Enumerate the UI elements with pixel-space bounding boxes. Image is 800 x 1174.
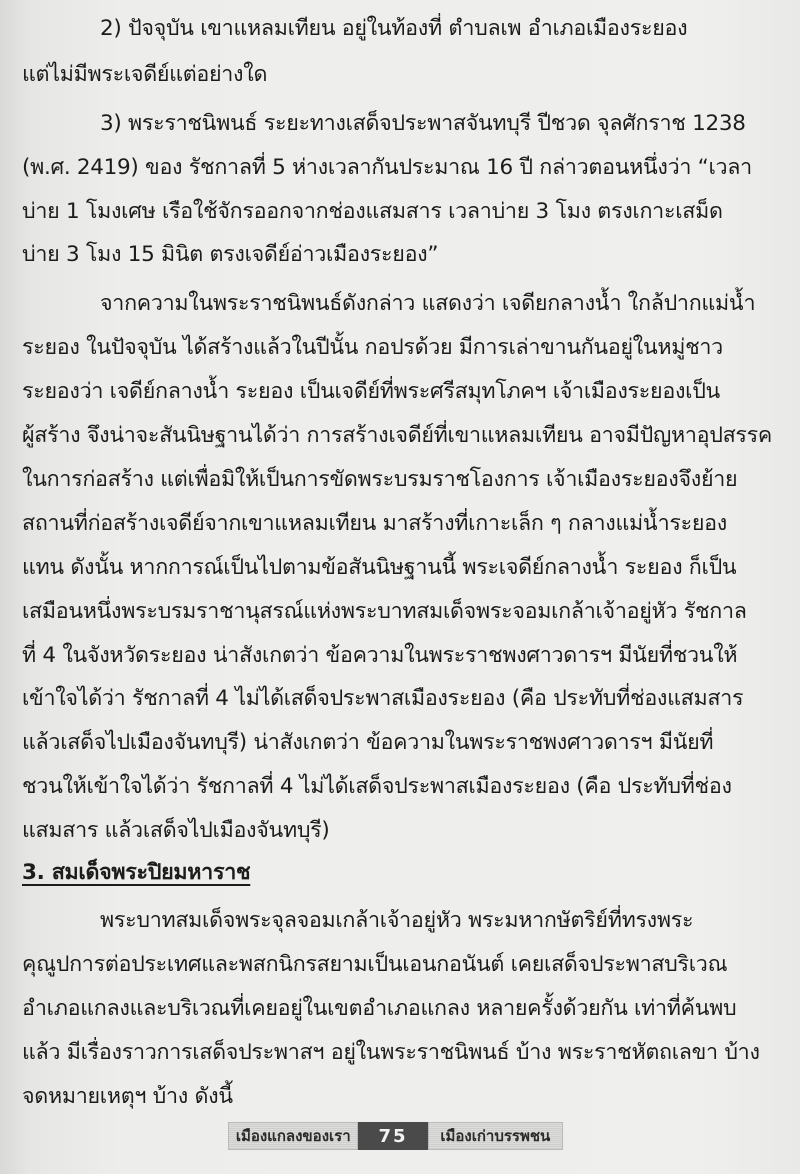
text-line: ผู้สร้าง จึงน่าจะสันนิษฐานได้ว่า การสร้า… bbox=[22, 421, 774, 451]
text-line: แทน ดังนั้น หากการณ์เป็นไปตามข้อสันนิษฐา… bbox=[22, 553, 774, 583]
text-line: อำเภอแกลงและบริเวณที่เคยอยู่ในเขตอำเภอแก… bbox=[22, 994, 774, 1024]
text-line: ระยอง ในปัจจุบัน ได้สร้างแล้วในปีนั้น กอ… bbox=[22, 333, 774, 363]
text-line: พระบาทสมเด็จพระจุลจอมเกล้าเจ้าอยู่หัว พร… bbox=[100, 906, 774, 936]
page-footer: เมืองแกลงของเรา 75 เมืองเก่าบรรพชน bbox=[228, 1122, 563, 1150]
text-line: (พ.ศ. 2419) ของ รัชกาลที่ 5 ห่างเวลากันป… bbox=[22, 153, 774, 183]
page-number: 75 bbox=[358, 1122, 427, 1150]
text-line: จดหมายเหตุฯ บ้าง ดังนี้ bbox=[22, 1082, 774, 1112]
book-page: 2) ปัจจุบัน เขาแหลมเทียน อยู่ในท้องที่ ต… bbox=[0, 0, 800, 1174]
text-line: แล้วเสด็จไปเมืองจันทบุรี) น่าสังเกตว่า ข… bbox=[22, 728, 774, 758]
section-heading: 3. สมเด็จพระปิยมหาราช bbox=[22, 858, 774, 888]
text-line: แต่ไม่มีพระเจดีย์แต่อย่างใด bbox=[22, 60, 774, 90]
text-line: ระยองว่า เจดีย์กลางน้ำ ระยอง เป็นเจดีย์ท… bbox=[22, 377, 774, 407]
text-line: ที่ 4 ในจังหวัดระยอง น่าสังเกตว่า ข้อควา… bbox=[22, 641, 774, 671]
text-line: เข้าใจได้ว่า รัชกาลที่ 4 ไม่ได้เสด็จประพ… bbox=[22, 684, 774, 714]
text-line: แล้ว มีเรื่องราวการเสด็จประพาสฯ อยู่ในพร… bbox=[22, 1038, 774, 1068]
text-line: บ่าย 3 โมง 15 มินิต ตรงเจดีย์อ่าวเมืองระ… bbox=[22, 240, 774, 270]
text-line: คุณูปการต่อประเทศและพสกนิกรสยามเป็นเอนกอ… bbox=[22, 950, 774, 980]
book-subtitle-label: เมืองเก่าบรรพชน bbox=[428, 1122, 563, 1150]
text-line: 3) พระราชนิพนธ์ ระยะทางเสด็จประพาสจันทบุ… bbox=[100, 109, 774, 139]
text-line: ในการก่อสร้าง แต่เพื่อมิให้เป็นการขัดพระ… bbox=[22, 465, 774, 495]
text-line: สถานที่ก่อสร้างเจดีย์จากเขาแหลมเทียน มาส… bbox=[22, 509, 774, 539]
text-line: 2) ปัจจุบัน เขาแหลมเทียน อยู่ในท้องที่ ต… bbox=[100, 14, 774, 44]
text-line: เสมือนหนึ่งพระบรมราชานุสรณ์แห่งพระบาทสมเ… bbox=[22, 597, 774, 627]
text-line: แสมสาร แล้วเสด็จไปเมืองจันทบุรี) bbox=[22, 816, 774, 846]
text-line: บ่าย 1 โมงเศษ เรือใช้จักรออกจากช่องแสมสา… bbox=[22, 197, 774, 227]
text-line: ชวนให้เข้าใจได้ว่า รัชกาลที่ 4 ไม่ได้เสด… bbox=[22, 772, 774, 802]
text-line: จากความในพระราชนิพนธ์ดังกล่าว แสดงว่า เจ… bbox=[100, 289, 774, 319]
book-title-label: เมืองแกลงของเรา bbox=[228, 1122, 358, 1150]
